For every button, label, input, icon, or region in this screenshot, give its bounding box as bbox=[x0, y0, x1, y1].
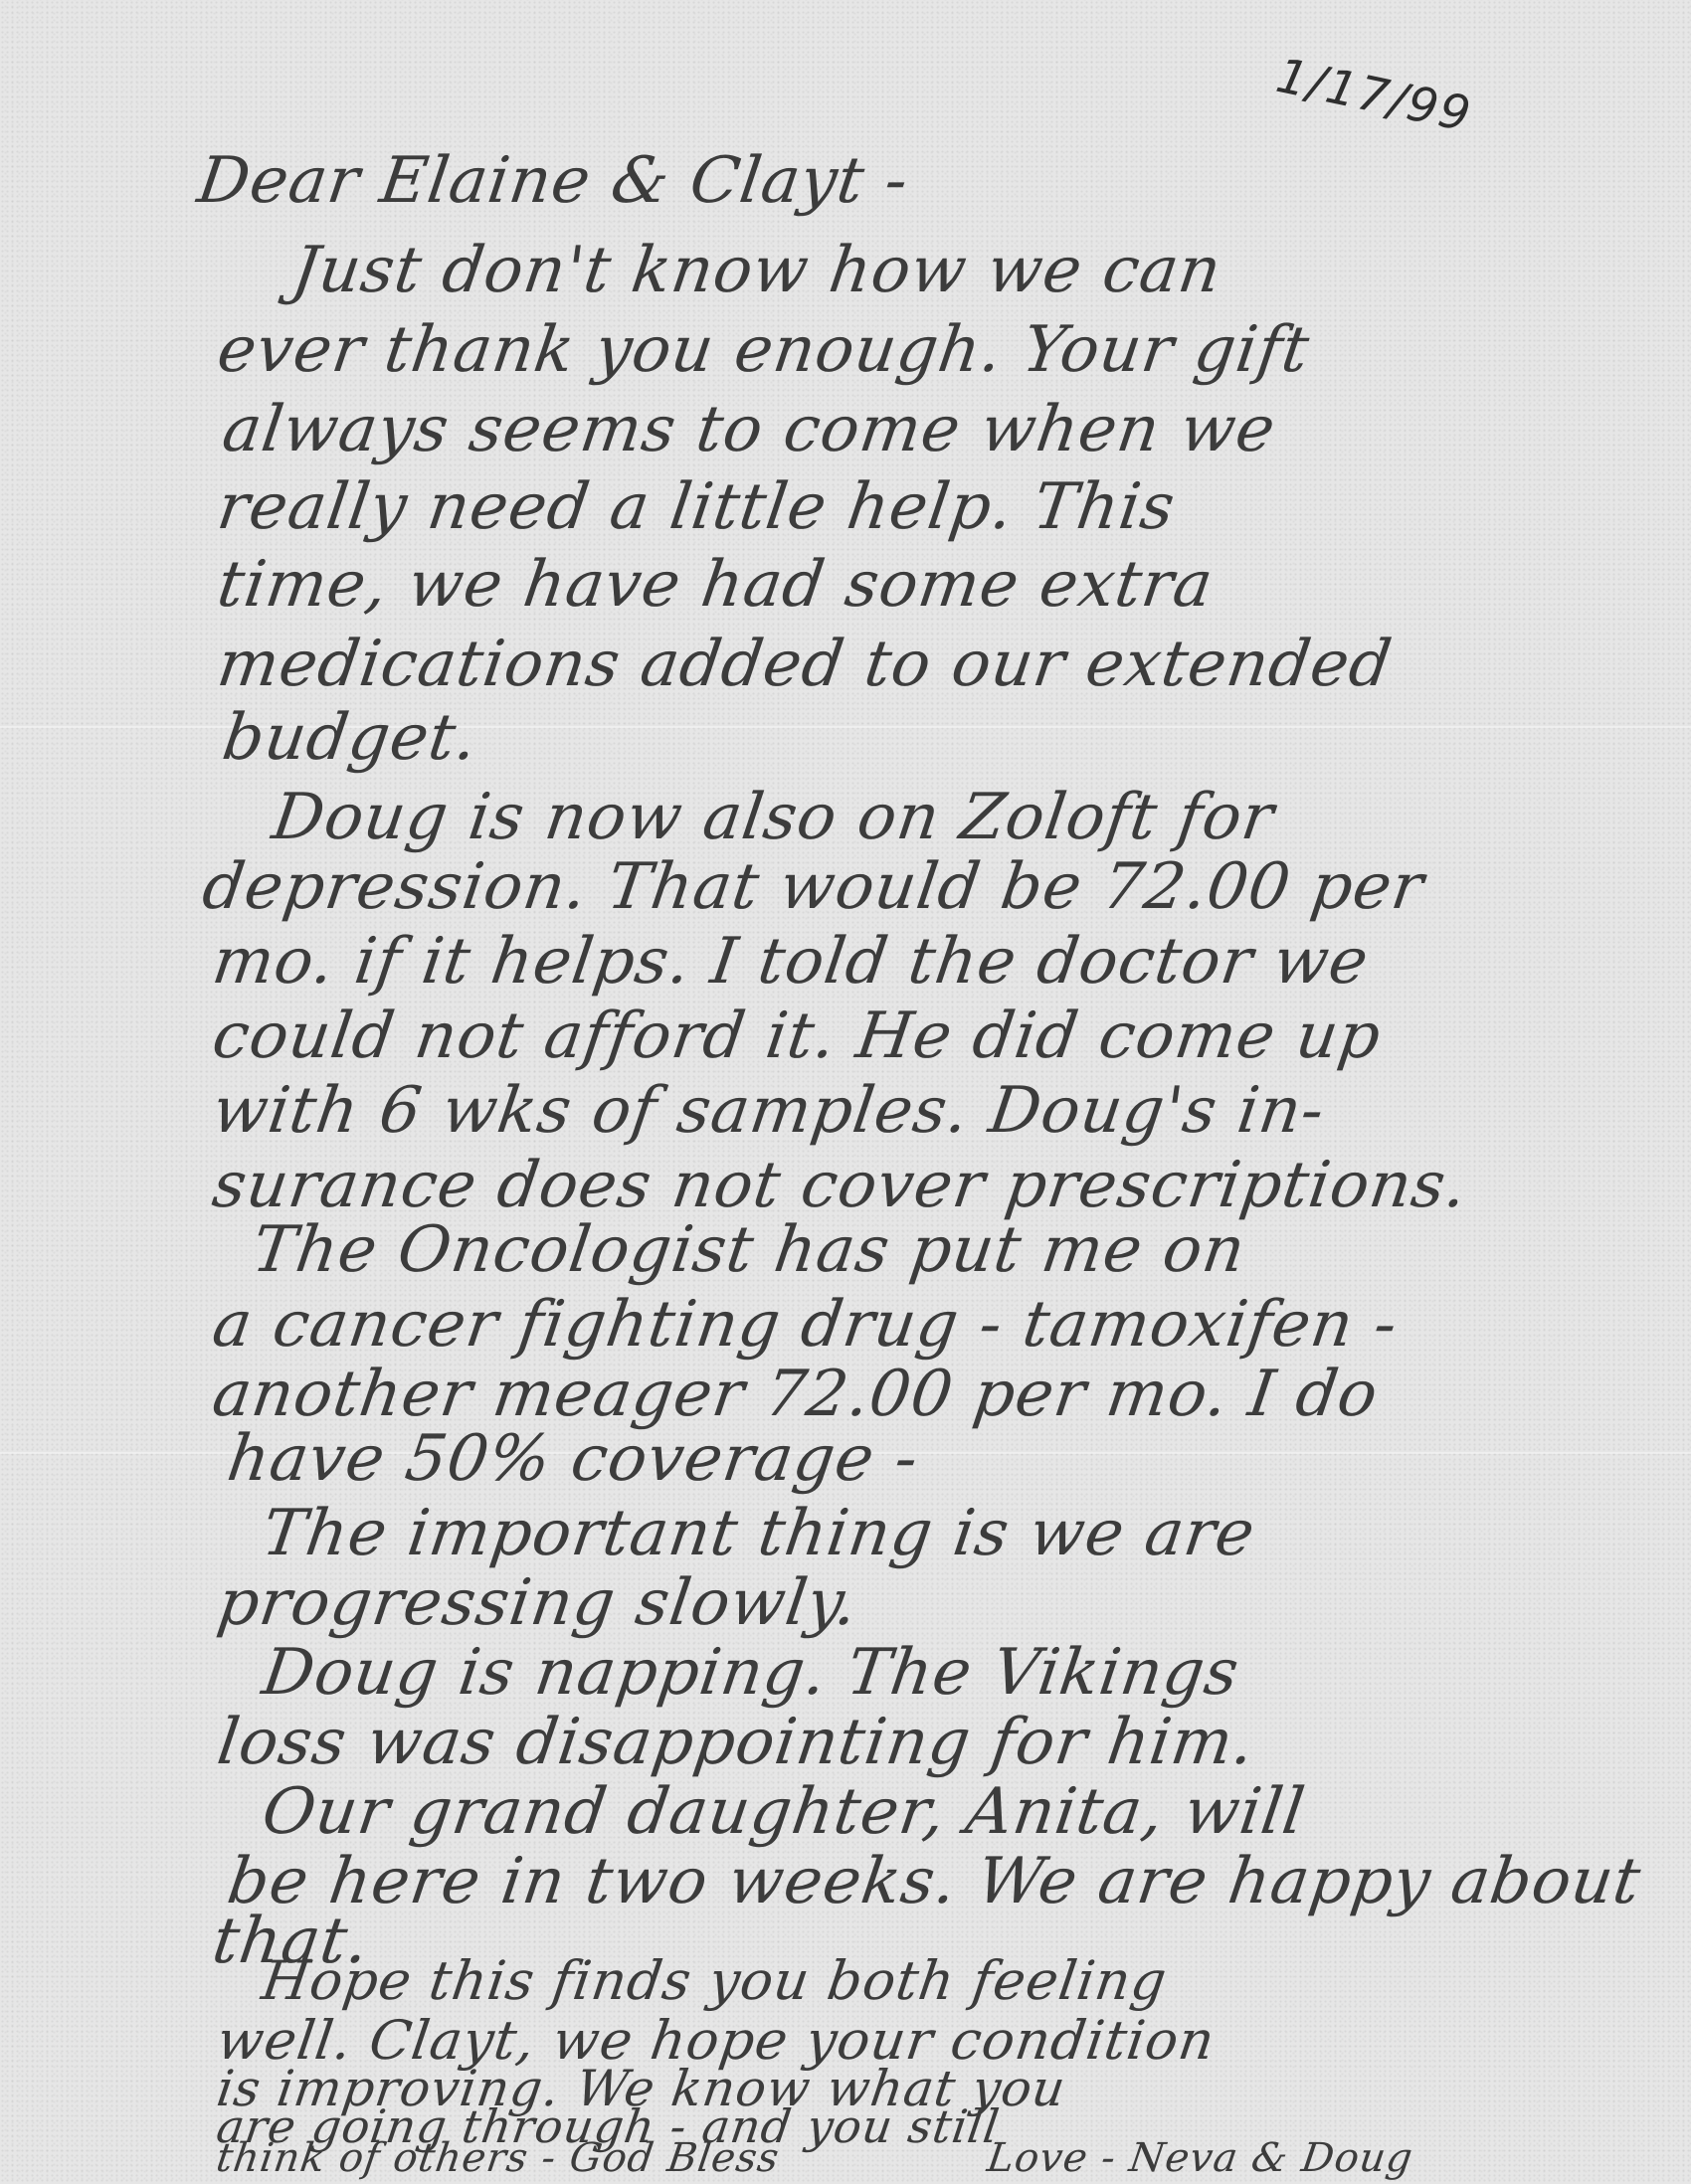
letter-line: The important thing is we are bbox=[259, 1502, 1259, 1565]
letter-line: think of others - God Bless bbox=[214, 2138, 782, 2178]
letter-line: Hope this finds you both feeling bbox=[259, 1954, 1170, 2008]
letter-line: surance does not cover prescriptions. bbox=[209, 1154, 1471, 1217]
letter-line: The Oncologist has put me on bbox=[249, 1218, 1249, 1282]
letter-line: depression. That would be 72.00 per bbox=[199, 855, 1427, 919]
letter-line: ever thank you enough. Your gift bbox=[214, 318, 1313, 382]
letter-line: budget. bbox=[219, 706, 481, 770]
letter-page: 1/17/99 Dear Elaine & Clayt - Just don't… bbox=[0, 0, 1691, 2184]
letter-line: with 6 wks of samples. Doug's in- bbox=[209, 1079, 1329, 1143]
letter-line: Doug is now also on Zoloft for bbox=[269, 786, 1278, 849]
letter-line: Just don't know how we can bbox=[288, 239, 1225, 302]
letter-line: medications added to our extended bbox=[214, 633, 1396, 696]
letter-line: another meager 72.00 per mo. I do bbox=[209, 1363, 1382, 1426]
letter-line: a cancer fighting drug - tamoxifen - bbox=[209, 1293, 1402, 1357]
letter-line: time, we have had some extra bbox=[214, 553, 1218, 617]
letter-closing-signature: Love - Neva & Doug bbox=[985, 2138, 1415, 2178]
letter-salutation: Dear Elaine & Clayt - bbox=[194, 149, 912, 213]
letter-line: Our grand daughter, Anita, will bbox=[259, 1780, 1309, 1844]
letter-line: could not afford it. He did come up bbox=[209, 1004, 1385, 1068]
letter-line: Doug is napping. The Vikings bbox=[259, 1641, 1243, 1705]
letter-line: always seems to come when we bbox=[219, 398, 1279, 461]
letter-line: loss was disappointing for him. bbox=[214, 1711, 1258, 1774]
letter-date: 1/17/99 bbox=[1271, 48, 1476, 143]
letter-line: mo. if it helps. I told the doctor we bbox=[209, 930, 1373, 994]
letter-line: really need a little help. This bbox=[214, 475, 1179, 539]
letter-line: progressing slowly. bbox=[214, 1571, 861, 1635]
letter-line: be here in two weeks. We are happy about bbox=[224, 1850, 1644, 1913]
letter-line: have 50% coverage - bbox=[224, 1427, 922, 1491]
